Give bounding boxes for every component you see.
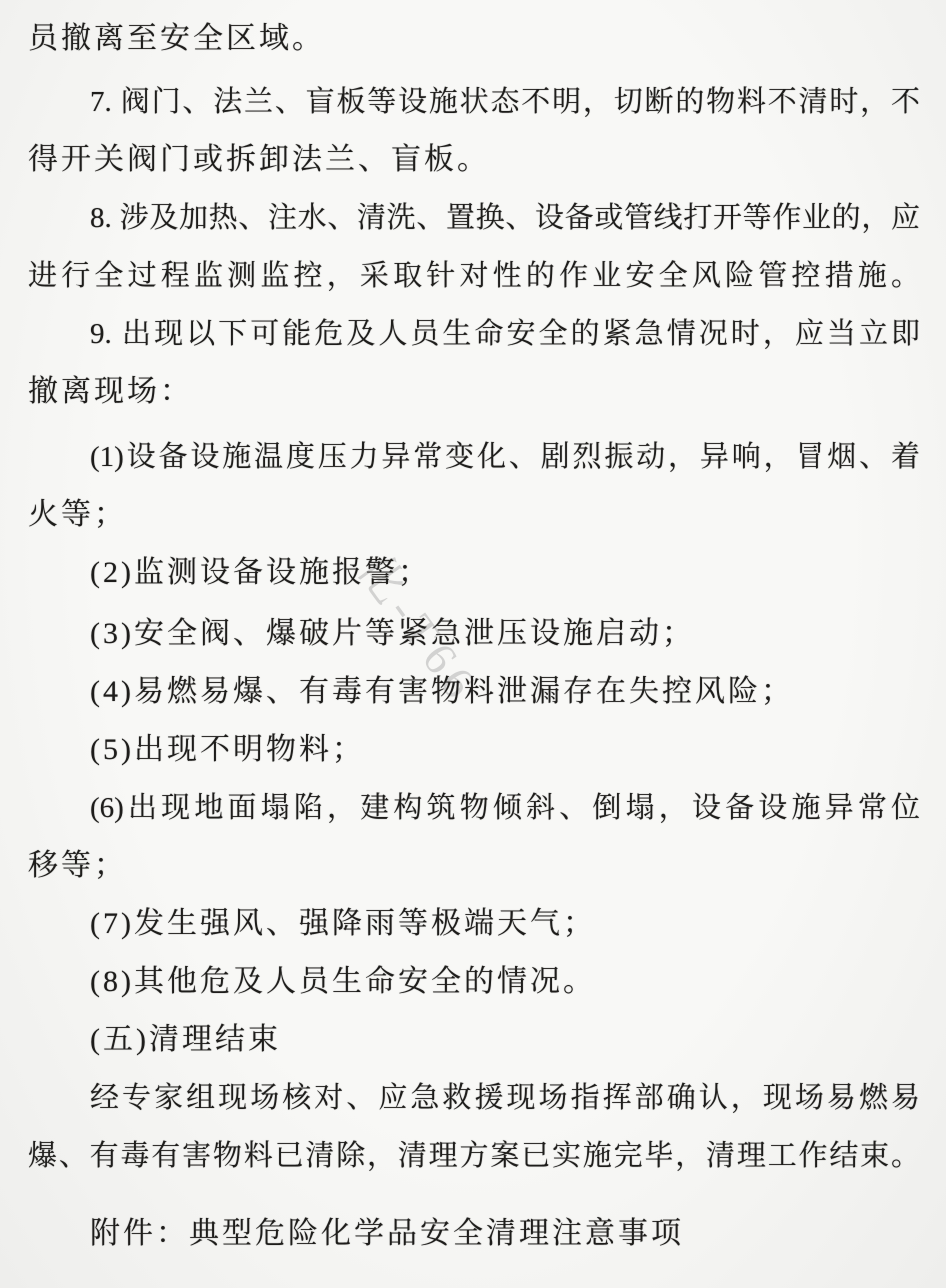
text-line: (5)出现不明物料；: [28, 721, 920, 779]
text-line: (6)出现地面塌陷，建构筑物倾斜、倒塌，设备设施异常位: [28, 779, 920, 837]
text-line: 移等；: [28, 837, 920, 895]
text-line: 进行全过程监测监控，采取针对性的作业安全风险管控措施。: [28, 247, 920, 305]
text-line: (五)清理结束: [28, 1011, 920, 1069]
text-line: 爆、有毒有害物料已清除，清理方案已实施完毕，清理工作结束。: [28, 1127, 920, 1185]
text-line: 9. 出现以下可能危及人员生命安全的紧急情况时，应当立即: [28, 305, 920, 363]
text-line: 附件：典型危险化学品安全清理注意事项: [28, 1205, 920, 1263]
text-line: (3)安全阀、爆破片等紧急泄压设施启动；: [28, 605, 920, 663]
text-line: 7. 阀门、法兰、盲板等设施状态不明，切断的物料不清时，不: [28, 73, 920, 131]
text-line: (4)易燃易爆、有毒有害物料泄漏存在失控风险；: [28, 663, 920, 721]
text-line: (1)设备设施温度压力异常变化、剧烈振动，异响，冒烟、着: [28, 428, 920, 486]
text-line: 8. 涉及加热、注水、清洗、置换、设备或管线打开等作业的，应: [28, 189, 920, 247]
text-line: 得开关阀门或拆卸法兰、盲板。: [28, 131, 920, 189]
text-line: (2)监测设备设施报警；: [28, 544, 920, 602]
text-line: 员撤离至安全区域。: [28, 10, 920, 68]
text-line: (8)其他危及人员生命安全的情况。: [28, 953, 920, 1011]
text-line: 火等；: [28, 486, 920, 544]
text-line: (7)发生强风、强降雨等极端天气；: [28, 895, 920, 953]
scanned-document-page: 化-T66 员撤离至安全区域。 7. 阀门、法兰、盲板等设施状态不明，切断的物料…: [0, 0, 946, 1288]
text-line: 经专家组现场核对、应急救援现场指挥部确认，现场易燃易: [28, 1069, 920, 1127]
text-line: 撤离现场：: [28, 363, 920, 421]
document-body: 员撤离至安全区域。 7. 阀门、法兰、盲板等设施状态不明，切断的物料不清时，不 …: [28, 10, 920, 1263]
